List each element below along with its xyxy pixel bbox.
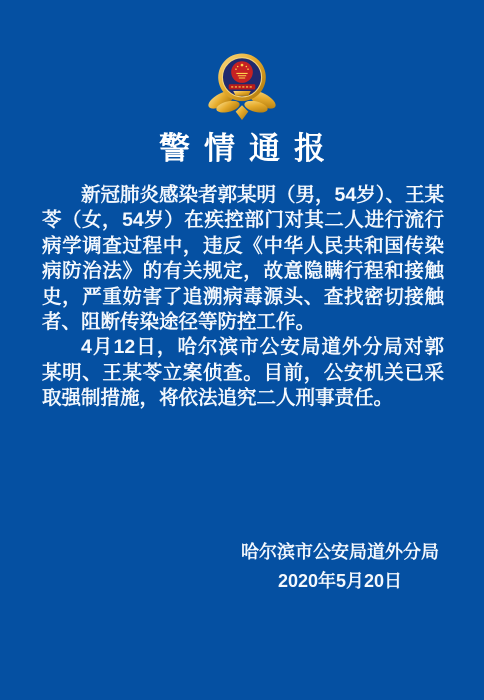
- notice-paragraph-2: 4月12日，哈尔滨市公安局道外分局对郭某明、王某苓立案侦查。目前，公安机关已采取…: [42, 335, 444, 411]
- notice-signoff: 哈尔滨市公安局道外分局 2020年5月20日: [190, 541, 484, 592]
- police-notice-page: 警情通报 新冠肺炎感染者郭某明（男，54岁）、王某苓（女，54岁）在疾控部门对其…: [0, 0, 484, 700]
- notice-date: 2020年5月20日: [190, 570, 484, 592]
- notice-body: 新冠肺炎感染者郭某明（男，54岁）、王某苓（女，54岁）在疾控部门对其二人进行流…: [42, 183, 444, 412]
- notice-paragraph-1: 新冠肺炎感染者郭某明（男，54岁）、王某苓（女，54岁）在疾控部门对其二人进行流…: [42, 183, 444, 335]
- police-emblem-icon: [207, 45, 277, 125]
- issuing-authority: 哈尔滨市公安局道外分局: [190, 541, 484, 563]
- police-badge: [207, 45, 277, 125]
- notice-title: 警情通报: [0, 123, 484, 168]
